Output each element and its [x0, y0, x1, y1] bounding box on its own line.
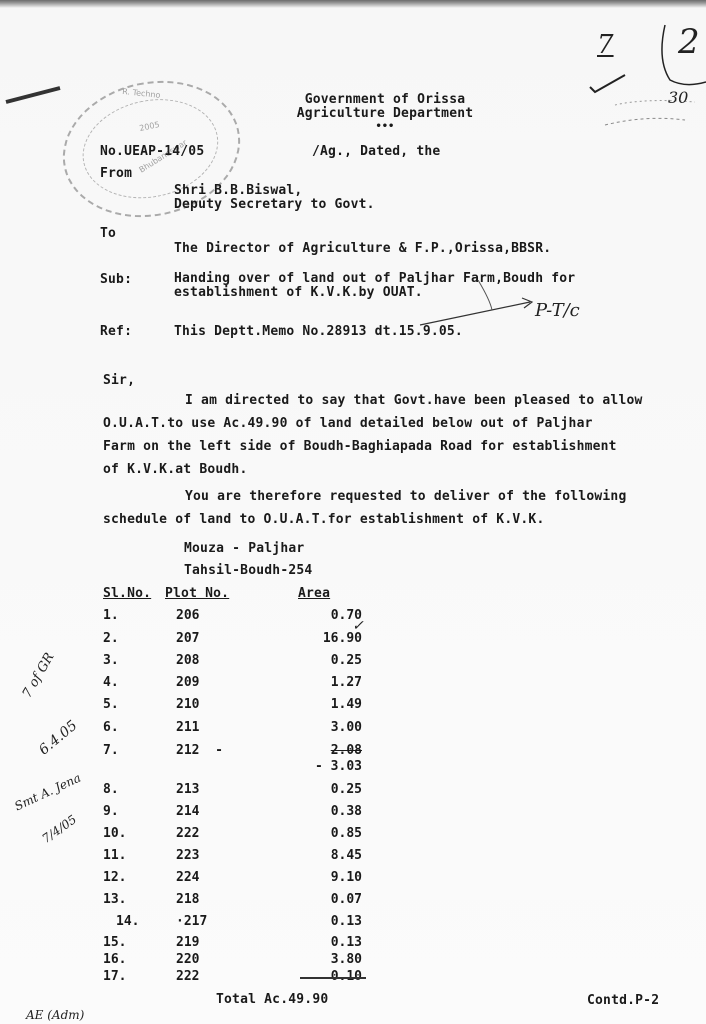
cell-plot-no: 211 — [176, 720, 199, 735]
cell-sl-no: 15. — [103, 935, 126, 950]
document-page: R. Techno 2005 Bhubaneswar Government of… — [0, 0, 706, 1024]
total-underline — [300, 977, 366, 979]
cell-plot-no: 218 — [176, 892, 199, 907]
to-label: To — [100, 226, 116, 241]
continued-note: Contd.P-2 — [587, 993, 659, 1008]
cell-area: 0.07 — [300, 892, 362, 907]
cell-sl-no: 14. — [116, 914, 139, 929]
cell-sl-no: 4. — [103, 675, 119, 690]
table-row: 14.·2170.13 — [0, 914, 706, 931]
cell-area-correction: - 3.03 — [300, 759, 362, 774]
handwritten-number-30: 30 — [668, 88, 688, 107]
cell-sl-no: 6. — [103, 720, 119, 735]
table-row: 13.2180.07 — [0, 892, 706, 909]
schedule-mouza: Mouza - Paljhar — [184, 541, 304, 556]
column-header-plot: Plot No. — [165, 586, 229, 601]
cell-plot-no: 207 — [176, 631, 199, 646]
stamp-top-text: R. Techno — [122, 87, 161, 100]
cell-sl-no: 7. — [103, 743, 119, 758]
cell-area: 2.08 — [300, 743, 362, 758]
schedule-total: Total Ac.49.90 — [216, 992, 328, 1007]
from-name: Shri B.B.Biswal, — [174, 183, 302, 198]
table-row: 16.2203.80 — [0, 952, 706, 969]
table-row: 3.2080.25 — [0, 653, 706, 670]
cell-area: 3.80 — [300, 952, 362, 967]
cell-area: 0.13 — [300, 935, 362, 950]
body-para1-line2: O.U.A.T.to use Ac.49.90 of land detailed… — [103, 416, 593, 431]
body-para1-line3: Farm on the left side of Boudh-Baghiapad… — [103, 439, 617, 454]
reference-label: Ref: — [100, 324, 132, 339]
table-row: 8.2130.25 — [0, 782, 706, 799]
margin-note-ptc: P-T/c — [535, 300, 580, 321]
cell-sl-no: 10. — [103, 826, 126, 841]
cell-area: 8.45 — [300, 848, 362, 863]
subject-label: Sub: — [100, 272, 132, 287]
table-row: 4.2091.27 — [0, 675, 706, 692]
cell-sl-no: 8. — [103, 782, 119, 797]
cell-plot-no: 209 — [176, 675, 199, 690]
table-row: 15.2190.13 — [0, 935, 706, 952]
table-row: 6.2113.00 — [0, 720, 706, 737]
body-para2-line2: schedule of land to O.U.A.T.for establis… — [103, 512, 544, 527]
body-para1-line1: I am directed to say that Govt.have been… — [185, 393, 643, 408]
cell-area: 9.10 — [300, 870, 362, 885]
bottom-left-note: AE (Adm) — [26, 1008, 84, 1022]
table-row: 10.2220.85 — [0, 826, 706, 843]
tick-mark-icon: ✓ — [352, 618, 364, 634]
cell-sl-no: 12. — [103, 870, 126, 885]
cell-area: 0.85 — [300, 826, 362, 841]
cell-area: 3.00 — [300, 720, 362, 735]
cell-sl-no: 9. — [103, 804, 119, 819]
cell-plot-no: 212 - — [176, 743, 223, 758]
cell-plot-no: 223 — [176, 848, 199, 863]
reference-number: No.UEAP-14/05 — [100, 144, 204, 159]
cell-plot-no: 220 — [176, 952, 199, 967]
cell-sl-no: 3. — [103, 653, 119, 668]
from-label: From — [100, 166, 132, 181]
schedule-tahsil: Tahsil-Boudh-254 — [184, 563, 312, 578]
cell-plot-no: 206 — [176, 608, 199, 623]
cell-sl-no: 17. — [103, 969, 126, 984]
column-header-area: Area — [298, 586, 362, 601]
table-row: 11.2238.45 — [0, 848, 706, 865]
body-para2-line1: You are therefore requested to deliver o… — [185, 489, 626, 504]
cell-plot-no: 222 — [176, 969, 199, 984]
body-para1-line4: of K.V.K.at Boudh. — [103, 462, 247, 477]
cell-sl-no: 11. — [103, 848, 126, 863]
cell-plot-no: 222 — [176, 826, 199, 841]
header-government: Government of Orissa — [240, 92, 530, 107]
cell-area: 0.25 — [300, 653, 362, 668]
cell-sl-no: 13. — [103, 892, 126, 907]
cell-sl-no: 1. — [103, 608, 119, 623]
to-addressee: The Director of Agriculture & F.P.,Oriss… — [174, 241, 551, 256]
cell-sl-no: 16. — [103, 952, 126, 967]
cell-plot-no: 210 — [176, 697, 199, 712]
cell-area: 1.49 — [300, 697, 362, 712]
dated-line: /Ag., Dated, the — [312, 144, 440, 159]
pen-mark-icon — [0, 80, 70, 120]
handwritten-marks-icon — [585, 20, 706, 140]
cell-plot-no: 208 — [176, 653, 199, 668]
table-row: 7.212 -2.08- 3.03 — [0, 743, 706, 760]
table-row: 5.2101.49 — [0, 697, 706, 714]
cell-area: 0.38 — [300, 804, 362, 819]
cell-area: 0.13 — [300, 914, 362, 929]
header-dots: ••• — [240, 119, 530, 134]
cell-plot-no: 213 — [176, 782, 199, 797]
salutation: Sir, — [103, 373, 135, 388]
cell-sl-no: 2. — [103, 631, 119, 646]
cell-plot-no: 214 — [176, 804, 199, 819]
cell-plot-no: 224 — [176, 870, 199, 885]
column-header-sl: Sl.No. — [103, 586, 151, 601]
from-designation: Deputy Secretary to Govt. — [174, 197, 375, 212]
table-row: 12.2249.10 — [0, 870, 706, 887]
cell-sl-no: 5. — [103, 697, 119, 712]
table-row: 9.2140.38 — [0, 804, 706, 821]
cell-plot-no: ·217 — [176, 914, 207, 929]
cell-plot-no: 219 — [176, 935, 199, 950]
cell-area: 0.25 — [300, 782, 362, 797]
cell-area: 1.27 — [300, 675, 362, 690]
